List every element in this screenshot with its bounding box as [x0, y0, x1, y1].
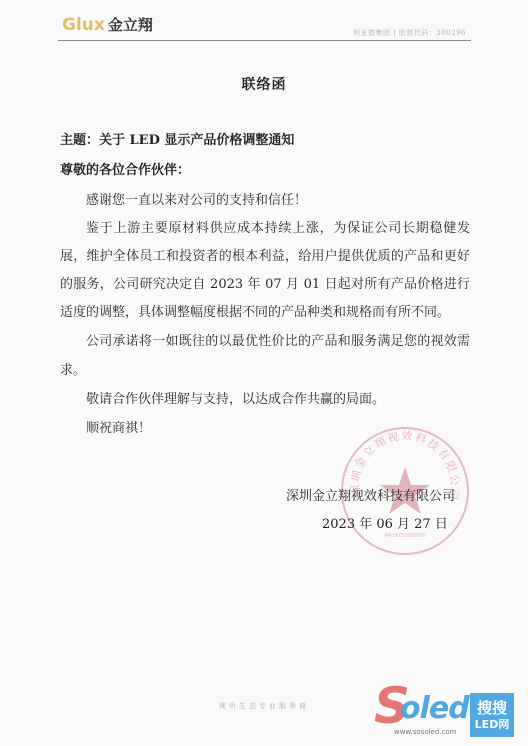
- watermark-url: www.sosoled.com: [394, 728, 457, 736]
- svg-text:4403050000000: 4403050000000: [384, 533, 425, 539]
- document-subject: 主题：关于 LED 显示产品价格调整通知: [60, 129, 294, 148]
- logo-latin-text: Glux: [62, 15, 105, 35]
- company-logo: Glux 金立翔: [62, 14, 153, 35]
- watermark-oled-text: oled: [400, 691, 469, 726]
- document-page: Glux 金立翔 利亚德集团 | 股票代码：300296 联络函 主题：关于 L…: [0, 0, 528, 746]
- signature-company: 深圳金立翔视效科技有限公司: [286, 485, 455, 504]
- paragraph-price-adjustment: 鉴于上游主要原材料供应成本持续上涨，为保证公司长期稳健发展，维护全体员工和投资者…: [60, 215, 470, 327]
- watermark-badge-line1: 搜搜: [477, 699, 507, 717]
- header-divider: [58, 40, 471, 41]
- paragraph-request: 敬请合作伙伴理解与支持，以达成合作共赢的局面。: [60, 385, 470, 414]
- header-group-stock-code: 利亚德集团 | 股票代码：300296: [353, 28, 466, 38]
- document-title: 联络函: [0, 74, 528, 94]
- watermark-badge-line2: LED网: [475, 717, 510, 732]
- salutation: 尊敬的各位合作伙伴：: [60, 159, 190, 178]
- logo-chinese-text: 金立翔: [108, 14, 153, 35]
- sosoled-watermark: S oled www.sosoled.com 搜搜 LED网: [370, 683, 520, 743]
- watermark-badge: 搜搜 LED网: [470, 693, 514, 737]
- paragraph-commitment: 公司承诺将一如既往的以最优性价比的产品和服务满足您的视效需求。: [60, 327, 470, 385]
- signature-date: 2023 年 06 月 27 日: [322, 513, 448, 532]
- letter-body: 感谢您一直以来对公司的支持和信任！ 鉴于上游主要原材料供应成本持续上涨，为保证公…: [60, 186, 470, 443]
- paragraph-thanks: 感谢您一直以来对公司的支持和信任！: [60, 186, 470, 215]
